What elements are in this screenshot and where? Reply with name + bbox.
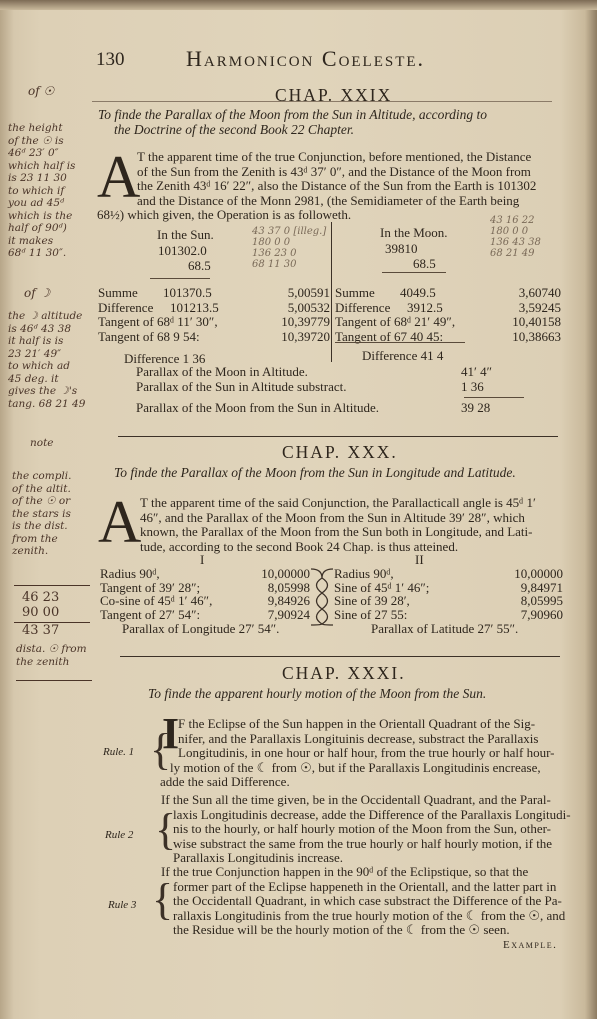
- result-label: Parallax of the Moon from the Sun in Alt…: [136, 401, 453, 416]
- rule-1-text: F the Eclipse of the Sun happen in the O…: [178, 717, 555, 790]
- row-label: Radius 90ᵈ,: [100, 567, 261, 581]
- margin-line: 45 deg. it: [8, 373, 85, 386]
- margin-line: of the ☉ is: [8, 135, 75, 148]
- text-line: wise substract the same from the true ho…: [173, 837, 571, 852]
- result-label: Parallax of the Moon in Altitude.: [136, 365, 461, 380]
- text-line: nifer, and the Parallaxis Longituinis de…: [178, 732, 555, 747]
- sun-rule: [150, 278, 210, 279]
- text-line: If the true Conjunction happen in the 90…: [161, 865, 565, 880]
- margin-line: the zenith: [16, 656, 87, 669]
- row-value: 10,38663: [480, 330, 561, 345]
- column-ii-heading: II: [415, 553, 424, 568]
- catchword: Example.: [503, 938, 557, 953]
- margin-line: it makes: [8, 235, 75, 248]
- moon-heading: In the Moon.: [380, 226, 448, 241]
- text-line: nis to the hourly, or half hourly motion…: [173, 822, 571, 837]
- rule-1-label: Rule. 1: [103, 745, 134, 760]
- margin-line: zenith.: [12, 545, 71, 558]
- text-line: adde the said Difference.: [160, 775, 555, 790]
- moon-rule: [382, 272, 446, 273]
- rule-3-text: If the true Conjunction happen in the 90…: [163, 865, 565, 938]
- row-value: 9,84926: [268, 594, 310, 608]
- sun-value-2: 68.5: [188, 259, 211, 274]
- text-line: the Occidentall Quadrant, in which case …: [173, 894, 565, 909]
- rule-1-brace: {: [150, 730, 171, 770]
- margin-line: of the altit.: [12, 483, 71, 496]
- result-row: Parallax of the Sun in Altitude substrac…: [136, 380, 561, 395]
- moon-row: Summe4049.53,60740: [335, 286, 561, 301]
- rule-3-label: Rule 3: [108, 898, 136, 913]
- longitude-table: Radius 90ᵈ,10,00000 Tangent of 39′ 28″;8…: [100, 567, 310, 621]
- calc-line: 43 37 0 [illeg.]: [252, 226, 326, 237]
- chapter-30-title: CHAP. XXX.: [282, 442, 398, 463]
- margin-rule: [14, 585, 90, 586]
- margin-line: is the dist.: [12, 520, 71, 533]
- row-value: 8,05995: [521, 594, 563, 608]
- row-label: Difference: [98, 301, 170, 316]
- sun-row: Tangent of 68ᵈ 11′ 30″,10,39779: [98, 315, 330, 330]
- moon-value-2: 68.5: [413, 257, 436, 272]
- margin-note-of-sun: of ☉: [28, 85, 54, 98]
- margin-line: you ad 45ᵈ: [8, 197, 75, 210]
- moon-row: Difference3912.53,59245: [335, 301, 561, 316]
- chapter-29-subtitle: To finde the Parallax of the Moon from t…: [98, 107, 487, 137]
- text-line: the Residue will be the hourly motion of…: [173, 923, 565, 938]
- margin-line: to which if: [8, 185, 75, 198]
- sun-value-1: 101302.0: [158, 244, 207, 259]
- row-value: 8,05998: [268, 581, 310, 595]
- row-value: 10,39720: [253, 330, 330, 345]
- margin-line: is 23 11 30: [8, 172, 75, 185]
- moon-row: Tangent of 68ᵈ 21′ 49″,10,40158: [335, 315, 561, 330]
- row-label: Tangent of 68 9 54:: [98, 330, 253, 345]
- sun-row: Summe101370.55,00591: [98, 286, 330, 301]
- lat-row: Radius 90ᵈ,10,00000: [334, 567, 563, 581]
- calc-line: 180 0 0: [252, 237, 326, 248]
- row-mid: 101370.5: [163, 286, 253, 301]
- row-label: Sine of 39 28′,: [334, 594, 521, 608]
- latitude-result: Parallax of Latitude 27′ 55″.: [371, 622, 518, 637]
- row-value: 10,39779: [253, 315, 330, 330]
- page-top-edge: [0, 0, 597, 10]
- long-row: Radius 90ᵈ,10,00000: [100, 567, 310, 581]
- text-line: of the Sun from the Zenith is 43ᵈ 37′ 0″…: [137, 165, 536, 180]
- margin-line: from the: [12, 533, 71, 546]
- calc-line: 180 0 0: [490, 226, 541, 237]
- margin-line: 46ᵈ 23′ 0″: [8, 147, 75, 160]
- row-label: Tangent of 68ᵈ 21′ 49″,: [335, 315, 480, 330]
- margin-line: half of 90ᵈ): [8, 222, 75, 235]
- text-line: 46″, and the Parallax of the Moon from t…: [140, 511, 536, 526]
- page-number: 130: [96, 49, 125, 71]
- lat-row: Sine of 39 28′,8,05995: [334, 594, 563, 608]
- rule-2-label: Rule 2: [105, 828, 133, 843]
- text-line: laxis Longitudinis decrease, adde the Di…: [173, 808, 571, 823]
- margin-line: of the ☉ or: [12, 495, 71, 508]
- moon-value-1: 39810: [385, 242, 418, 257]
- row-label: Co-sine of 45ᵈ 1′ 46″,: [100, 594, 268, 608]
- drop-cap: A: [97, 151, 140, 203]
- section-rule: [120, 656, 560, 657]
- chapter-31-subtitle: To finde the apparent hourly motion of t…: [148, 686, 486, 701]
- subtitle-line: the Doctrine of the second Book 22 Chapt…: [98, 122, 487, 137]
- running-title: Harmonicon Coeleste.: [186, 46, 425, 72]
- row-label: Difference: [335, 301, 407, 316]
- longitude-result: Parallax of Longitude 27′ 54″.: [122, 622, 279, 637]
- section-rule: [118, 436, 558, 437]
- result-value: 39 28: [453, 401, 561, 416]
- text-line: If the Sun all the time given, be in the…: [161, 793, 571, 808]
- results-rule: [464, 397, 524, 398]
- margin-line: it half is is: [8, 335, 85, 348]
- long-row: Tangent of 27′ 54″:7,90924: [100, 608, 310, 622]
- column-divider: [331, 222, 332, 362]
- row-value: 5,00532: [253, 301, 330, 316]
- long-row: Co-sine of 45ᵈ 1′ 46″,9,84926: [100, 594, 310, 608]
- proportion-chain-icon: [309, 566, 335, 628]
- margin-line: the compli.: [12, 470, 71, 483]
- row-value: 7,90924: [268, 608, 310, 622]
- margin-sum-result: 43 37: [22, 625, 59, 638]
- chapter-30-subtitle: To finde the Parallax of the Moon from t…: [114, 465, 516, 480]
- moon-difference: Difference 41 4: [362, 349, 443, 364]
- result-label: Parallax of the Sun in Altitude substrac…: [136, 380, 455, 395]
- row-label: Sine of 45ᵈ 1′ 46″;: [334, 581, 521, 595]
- row-value: 10,40158: [480, 315, 561, 330]
- result-row: Parallax of the Moon from the Sun in Alt…: [136, 401, 561, 416]
- calc-line: 136 43 38: [490, 237, 541, 248]
- handwritten-moon-calc: 43 16 22 180 0 0 136 43 38 68 21 49: [490, 215, 541, 259]
- column-i-heading: I: [200, 553, 204, 568]
- sun-heading: In the Sun.: [157, 228, 214, 243]
- margin-line: 46 23: [22, 590, 59, 605]
- rule-2-text: If the Sun all the time given, be in the…: [163, 793, 571, 866]
- text-line: rallaxis Longitudinis from the true hour…: [173, 909, 565, 924]
- row-value: 10,00000: [261, 567, 310, 581]
- long-row: Tangent of 39′ 28″;8,05998: [100, 581, 310, 595]
- text-line: and the Distance of the Monn 2981, (the …: [137, 194, 536, 209]
- row-value: 5,00591: [253, 286, 330, 301]
- row-mid: 4049.5: [400, 286, 480, 301]
- margin-note-of-moon: of ☽: [24, 287, 50, 300]
- drop-cap: A: [98, 496, 141, 548]
- text-line: Longitudinis, in one hour or half hour, …: [178, 746, 555, 761]
- chapter-29-paragraph: T the apparent time of the true Conjunct…: [137, 150, 536, 223]
- row-label: Radius 90ᵈ,: [334, 567, 514, 581]
- parallax-results: Parallax of the Moon in Altitude.41′ 4″ …: [136, 365, 561, 416]
- rule-2-brace: {: [155, 810, 176, 850]
- row-value: 10,00000: [514, 567, 563, 581]
- lat-row: Sine of 27 55:7,90960: [334, 608, 563, 622]
- row-value: 9,84971: [521, 581, 563, 595]
- margin-note-sun-height: the height of the ☉ is 46ᵈ 23′ 0″ which …: [8, 122, 75, 260]
- text-line: F the Eclipse of the Sun happen in the O…: [178, 717, 555, 732]
- sun-row: Difference101213.55,00532: [98, 301, 330, 316]
- margin-line: is 46ᵈ 43 38: [8, 323, 85, 336]
- margin-line: 23 21′ 49″: [8, 348, 85, 361]
- text-line: T the apparent time of the true Conjunct…: [137, 150, 536, 165]
- row-label: Tangent of 27′ 54″:: [100, 608, 268, 622]
- chapter-30-paragraph: T the apparent time of the said Conjunct…: [140, 496, 536, 554]
- calc-line: 136 23 0: [252, 248, 326, 259]
- row-label: Tangent of 68ᵈ 11′ 30″,: [98, 315, 253, 330]
- margin-line: the ☽ altitude: [8, 310, 85, 323]
- margin-sum: 46 23 90 00: [22, 590, 59, 620]
- margin-line: the height: [8, 122, 75, 135]
- result-value: 41′ 4″: [461, 365, 561, 380]
- margin-line: the stars is: [12, 508, 71, 521]
- moon-table: Summe4049.53,60740 Difference3912.53,592…: [335, 286, 561, 344]
- margin-line: dista. ☉ from: [16, 643, 87, 656]
- row-mid: 3912.5: [407, 301, 480, 316]
- moon-rule-2: [335, 342, 465, 343]
- row-value: 3,60740: [480, 286, 561, 301]
- margin-line: 90 00: [22, 605, 59, 620]
- margin-line: which half is: [8, 160, 75, 173]
- margin-note-moon-altitude: the ☽ altitude is 46ᵈ 43 38 it half is i…: [8, 310, 85, 410]
- row-label: Summe: [335, 286, 400, 301]
- row-value: 7,90960: [521, 608, 563, 622]
- chapter-29-title: CHAP. XXIX: [275, 85, 392, 106]
- text-line: former part of the Eclipse happeneth in …: [173, 880, 565, 895]
- rule-3-brace: {: [152, 880, 173, 920]
- margin-note-note: note: [30, 437, 54, 450]
- text-line: T the apparent time of the said Conjunct…: [140, 496, 536, 511]
- text-line: ly motion of the ☾ from ☉, but if the Pa…: [170, 761, 555, 776]
- row-label: Sine of 27 55:: [334, 608, 521, 622]
- text-line: known, the Parallax of the Moon from the…: [140, 525, 536, 540]
- latitude-table: Radius 90ᵈ,10,00000 Sine of 45ᵈ 1′ 46″;9…: [334, 567, 563, 621]
- margin-note-distance: dista. ☉ from the zenith: [16, 643, 87, 668]
- margin-line: to which ad: [8, 360, 85, 373]
- text-line: the Zenith 43ᵈ 16′ 22″, also the Distanc…: [137, 179, 536, 194]
- lat-row: Sine of 45ᵈ 1′ 46″;9,84971: [334, 581, 563, 595]
- row-value: 3,59245: [480, 301, 561, 316]
- sun-row: Tangent of 68 9 54:10,39720: [98, 330, 330, 345]
- margin-line: tang. 68 21 49: [8, 398, 85, 411]
- subtitle-line: To finde the Parallax of the Moon from t…: [98, 107, 487, 122]
- result-value: 1 36: [455, 380, 561, 395]
- chapter-31-title: CHAP. XXXI.: [282, 663, 406, 684]
- row-label: Tangent of 39′ 28″;: [100, 581, 268, 595]
- result-row: Parallax of the Moon in Altitude.41′ 4″: [136, 365, 561, 380]
- text-line: 68½) which given, the Operation is as fo…: [97, 208, 536, 223]
- margin-note-complement: the compli. of the altit. of the ☉ or th…: [12, 470, 71, 558]
- margin-rule: [16, 680, 92, 681]
- book-page: 130 Harmonicon Coeleste. of ☉ the height…: [0, 0, 597, 1019]
- row-label: Summe: [98, 286, 163, 301]
- row-mid: 101213.5: [170, 301, 253, 316]
- calc-line: 68 11 30: [252, 259, 326, 270]
- margin-line: gives the ☽'s: [8, 385, 85, 398]
- margin-line: which is the: [8, 210, 75, 223]
- calc-line: 68 21 49: [490, 248, 541, 259]
- sun-table: Summe101370.55,00591 Difference101213.55…: [98, 286, 330, 344]
- calc-line: 43 16 22: [490, 215, 541, 226]
- margin-line: 68ᵈ 11 30″.: [8, 247, 75, 260]
- handwritten-sun-calc: 43 37 0 [illeg.] 180 0 0 136 23 0 68 11 …: [252, 226, 326, 270]
